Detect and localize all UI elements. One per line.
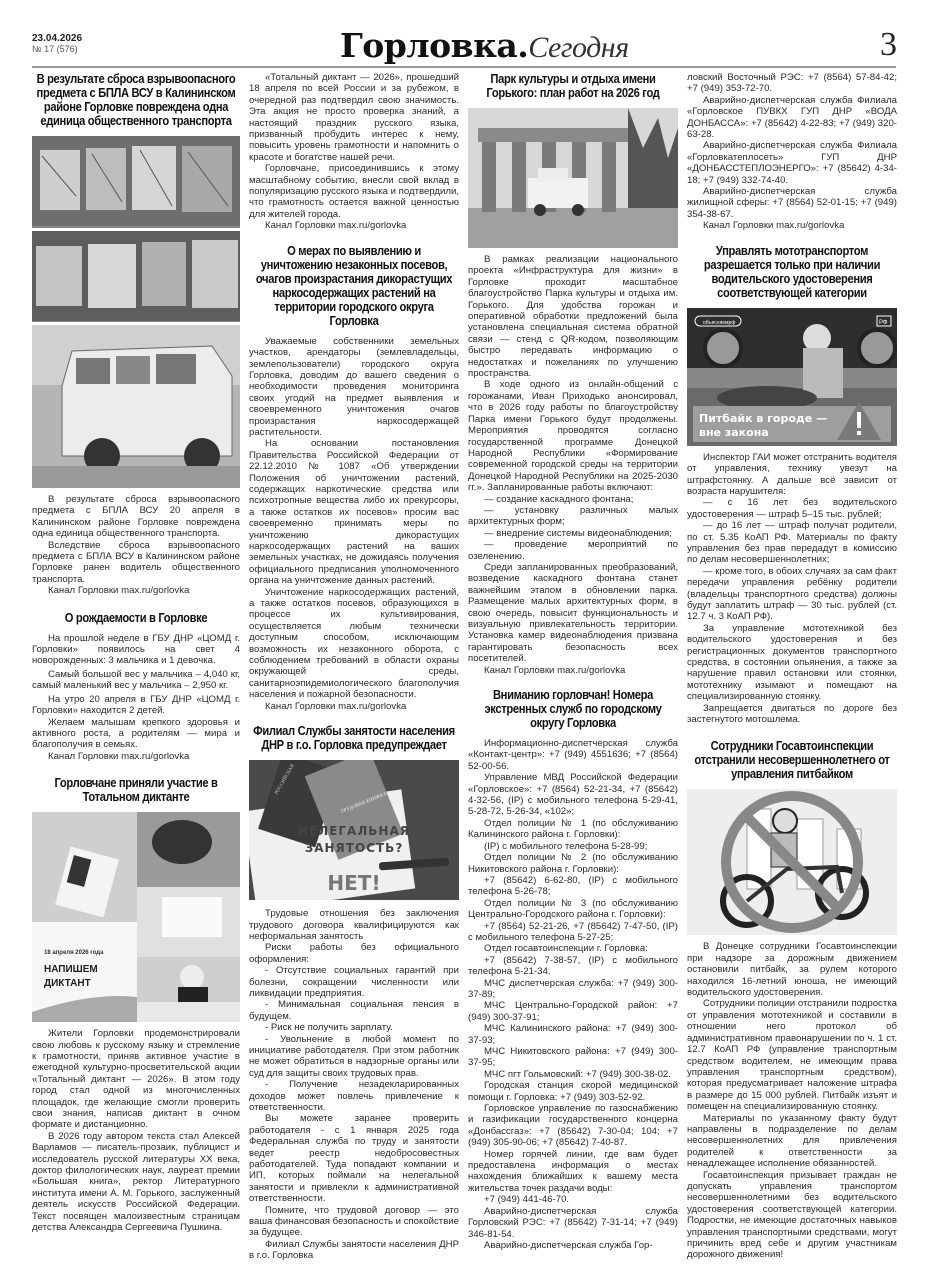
article-emergency: Вниманию горловчан! Номера экстренных сл… (468, 688, 678, 1251)
paragraph: В Донецке сотрудники Госавтоинспекции пр… (687, 941, 897, 998)
headline-emergency: Вниманию горловчан! Номера экстренных сл… (471, 688, 676, 730)
dictation-collage-illustration: 18 апреля 2026 года НАПИШЕМ ДИКТАНТ (32, 812, 240, 1022)
photo-damaged-bus (32, 136, 240, 488)
paragraph: Помните, что трудовой договор — это ваша… (249, 1205, 459, 1239)
paragraph: — внедрение системы видеонаблюдения; (468, 528, 678, 539)
contact-entry: +7 (85642) 6-62-80, (IP) с мобильного те… (468, 875, 678, 898)
article-dictation-continued: «Тотальный диктант — 2026», прошедший 18… (249, 72, 459, 232)
paragraph: За управление мототехникой без водительс… (687, 623, 897, 703)
newspaper-title: Горловка.Сегодня (340, 26, 629, 65)
contact-entry: Аварийно-диспетчерская служба Филиала «Г… (687, 140, 897, 186)
paragraph: На основании постановления Правительства… (249, 438, 459, 586)
contact-entry: Аварийно-диспетчерская служба Гор- (468, 1240, 678, 1251)
svg-text:вне закона: вне закона (699, 426, 769, 439)
headline-park: Парк культуры и отдыха имени Горького: п… (471, 72, 676, 100)
masthead: 23.04.2026 № 17 (576) Горловка.Сегодня 3 (0, 0, 928, 68)
article-park: Парк культуры и отдыха имени Горького: п… (468, 72, 678, 676)
paragraph: Вы можете заранее проверить работодателя… (249, 1113, 459, 1204)
pitbike-city-illustration: объясняемрф РФ Питбайк в городе — вне за… (687, 308, 897, 446)
headline-births: О рождаемости в Горловке (35, 611, 238, 625)
paragraph: Запрещается двигаться по дороге без заст… (687, 703, 897, 726)
article-births: О рождаемости в Горловке На прошлой неде… (32, 611, 240, 762)
contact-entry: Отдел полиции № 1 (по обслуживанию Калин… (468, 818, 678, 841)
article-emergency-continued: ловский Восточный РЭС: +7 (8564) 57-84-4… (687, 72, 897, 232)
contact-entry: Отдел госавтоинспекции г. Горловка: (468, 943, 678, 954)
contact-entry: Городская станция скорой медицинской пом… (468, 1080, 678, 1103)
paragraph: Госавтоинспекция призывает граждан не до… (687, 1170, 897, 1261)
paragraph: Трудовые отношения без заключения трудов… (249, 908, 459, 942)
article-source: Канал Горловки max.ru/gorlovka (32, 585, 240, 596)
svg-text:НЕТ!: НЕТ! (327, 871, 380, 895)
article-source: Филиал Службы занятости населения ДНР в … (249, 1239, 459, 1262)
article-dictation: Горловчане приняли участие в Тотальном д… (32, 776, 240, 1233)
contact-entry: МЧС Калининского района: +7 (949) 300-37… (468, 1023, 678, 1046)
contact-entry: МЧС Центрально-Городской район: +7 (949)… (468, 1000, 678, 1023)
title-sub: Сегодня (528, 31, 628, 64)
paragraph: Жители Горловки продемонстрировали свою … (32, 1028, 240, 1131)
contact-entry: Информационно-диспетчерская служба «Конт… (468, 738, 678, 772)
paragraph: Материалы по указанному факту будут напр… (687, 1113, 897, 1170)
contact-entry: МЧС Никитовского района: +7 (949) 300-37… (468, 1046, 678, 1069)
photo-caption-line-1: Питбайк в городе — (699, 412, 827, 425)
paragraph: - Риск не получить зарплату. (249, 1022, 459, 1033)
svg-text:РФ: РФ (879, 320, 888, 326)
paragraph: Среди запланированных преобразований, во… (468, 562, 678, 665)
paragraph: — до 16 лет — штраф получат родители, по… (687, 520, 897, 566)
svg-text:ЗАНЯТОСТЬ?: ЗАНЯТОСТЬ? (305, 841, 404, 855)
paragraph: — проведение мероприятий по озеленению. (468, 539, 678, 562)
paragraph: В ходе одного из онлайн-общений с горожа… (468, 379, 678, 493)
headline-employment: Филиал Службы занятости населения ДНР в … (252, 724, 457, 752)
headline-moto: Управлять мототранспортом разрешается то… (690, 244, 895, 300)
paragraph: Желаем малышам крепкого здоровья и актив… (32, 717, 240, 751)
paragraph: В результате сброса взрывоопасного предм… (32, 494, 240, 540)
article-drugs: О мерах по выявлению и уничтожению незак… (249, 244, 459, 712)
paragraph: Риски работы без официального оформления… (249, 942, 459, 965)
article-uav-body: В результате сброса взрывоопасного предм… (32, 494, 240, 597)
photo-park-arch (468, 108, 678, 248)
contact-entry: Управление МВД Российской Федерации «Гор… (468, 772, 678, 818)
contact-entry: +7 (8564) 52-21-26, +7 (85642) 7-47-50, … (468, 921, 678, 944)
contact-entry: МЧС диспетчерская служба: +7 (949) 300-3… (468, 978, 678, 1001)
paragraph: «Тотальный диктант — 2026», прошедший 18… (249, 72, 459, 163)
column-3: Парк культуры и отдыха имени Горького: п… (468, 70, 678, 1251)
svg-text:ДИКТАНТ: ДИКТАНТ (44, 978, 91, 989)
svg-text:НАПИШЕМ: НАПИШЕМ (44, 964, 98, 975)
paragraph: На утро 20 апреля в ГБУ ДНР «ЦОМД г. Гор… (32, 694, 240, 717)
paragraph: Уважаемые собственники земельных участко… (249, 336, 459, 439)
contact-entry: Горловское управление по газоснабжению и… (468, 1103, 678, 1149)
illegal-employment-illustration: РОССИЙСКАЯ ТРУДОВАЯ КНИЖКА НЕЛЕГАЛЬНАЯ З… (249, 760, 459, 900)
photo-text-illegal: НЕЛЕГАЛЬНАЯ (298, 824, 410, 838)
paragraph: На прошлой неделе в ГБУ ДНР «ЦОМД г. Гор… (32, 633, 240, 667)
article-source: Канал Горловки max.ru/gorlovka (249, 701, 459, 712)
page-number: 3 (880, 26, 897, 64)
article-uav: В результате сброса взрывоопасного предм… (32, 72, 240, 597)
contact-entry: +7 (949) 441-46-70. (468, 1194, 678, 1205)
contact-entry: Аварийно-диспетчерская служба Горловский… (468, 1206, 678, 1240)
headline-pitbike: Сотрудники Госавтоинспекции отстранили н… (690, 739, 895, 781)
paragraph: В 2026 году автором текста стал Алексей … (32, 1131, 240, 1234)
paragraph: Самый большой вес у мальчика – 4,040 кг,… (32, 669, 240, 692)
title-main: Горловка (340, 26, 517, 65)
park-arch-illustration (468, 108, 678, 248)
photo-dictation-collage: 18 апреля 2026 года НАПИШЕМ ДИКТАНТ (32, 812, 240, 1022)
issue-date: 23.04.2026 (32, 33, 82, 44)
article-employment: Филиал Службы занятости населения ДНР в … (249, 724, 459, 1262)
contact-entry: Аварийно-диспетчерская служба Филиала «Г… (687, 95, 897, 141)
issue-number: № 17 (576) (32, 44, 78, 54)
warning-icon (857, 412, 861, 428)
article-source: Канал Горловки max.ru/gorlovka (687, 220, 897, 231)
article-source: Канал Горловки max.ru/gorlovka (32, 751, 240, 762)
contact-entry: ловский Восточный РЭС: +7 (8564) 57-84-4… (687, 72, 897, 95)
contact-entry: +7 (85642) 7-38-57, (IP) с мобильного те… (468, 955, 678, 978)
paragraph: Уничтожение наркосодержащих растений, а … (249, 587, 459, 701)
contact-entry: (IP) с мобильного телефона 5-28-99; (468, 841, 678, 852)
contact-entry: Отдел полиции № 3 (по обслуживанию Центр… (468, 898, 678, 921)
title-dot: . (517, 26, 528, 65)
paragraph: — с 16 лет без водительского удостоверен… (687, 497, 897, 520)
photo-no-pitbike-sign (687, 789, 897, 935)
paragraph: Вследствие сброса взрывоопасного предмет… (32, 540, 240, 586)
article-source: Канал Горловки max.ru/gorlovka (468, 665, 678, 676)
column-1: В результате сброса взрывоопасного предм… (32, 70, 240, 1233)
photo-pitbike-city: объясняемрф РФ Питбайк в городе — вне за… (687, 308, 897, 446)
column-2: «Тотальный диктант — 2026», прошедший 18… (249, 70, 459, 1262)
contact-entry: Аварийно-диспетчерская служба жилищной с… (687, 186, 897, 220)
contact-entry: Номер горячей линии, где вам будет предо… (468, 1149, 678, 1195)
paragraph: - Увольнение в любой момент по инициатив… (249, 1034, 459, 1080)
masthead-divider (32, 66, 896, 68)
article-moto: Управлять мототранспортом разрешается то… (687, 244, 897, 726)
paragraph: — установку различных малых архитектурны… (468, 505, 678, 528)
paragraph: - Получение незадекларированных доходов … (249, 1079, 459, 1113)
no-pitbike-sign-icon (687, 789, 897, 935)
article-pitbike: Сотрудники Госавтоинспекции отстранили н… (687, 739, 897, 1260)
photo-date-text: 18 апреля 2026 года (44, 950, 104, 956)
headline-drugs: О мерах по выявлению и уничтожению незак… (252, 244, 457, 328)
article-source: Канал Горловки max.ru/gorlovka (249, 220, 459, 231)
photo-badge-text: объясняемрф (703, 320, 735, 326)
bus-photo-illustration (32, 136, 240, 488)
contact-entry: Отдел полиции № 2 (по обслуживанию Никит… (468, 852, 678, 875)
column-4: ловский Восточный РЭС: +7 (8564) 57-84-4… (687, 70, 897, 1261)
paragraph: — кроме того, в обоих случаях за сам фак… (687, 566, 897, 623)
paragraph: — создание каскадного фонтана; (468, 494, 678, 505)
headline-dictation: Горловчане приняли участие в Тотальном д… (35, 776, 238, 804)
paragraph: - Отсутствие социальных гарантий при бол… (249, 965, 459, 999)
paragraph: - Минимальная социальная пенсия в будуще… (249, 999, 459, 1022)
paragraph: Инспектор ГАИ может отстранить водителя … (687, 452, 897, 498)
paragraph: В рамках реализации национального проект… (468, 254, 678, 379)
photo-illegal-employment: РОССИЙСКАЯ ТРУДОВАЯ КНИЖКА НЕЛЕГАЛЬНАЯ З… (249, 760, 459, 900)
paragraph: Горловчане, присоединившись к этому масш… (249, 163, 459, 220)
headline-uav: В результате сброса взрывоопасного предм… (35, 72, 238, 128)
paragraph: Сотрудники полиции отстранили подростка … (687, 998, 897, 1112)
contact-entry: МЧС пгт Гольмовский: +7 (949) 300-38-02. (468, 1069, 678, 1080)
